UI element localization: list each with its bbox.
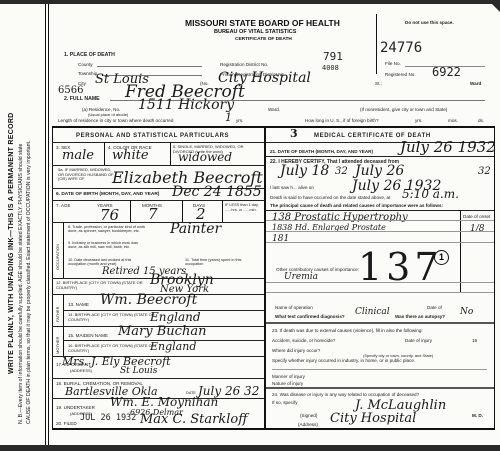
undertaker-label: 19. UNDERTAKER bbox=[56, 405, 95, 410]
certificate-title: CERTIFICATE OF DEATH bbox=[235, 37, 292, 42]
cause-line bbox=[266, 242, 494, 243]
full-name-label: 2. FULL NAME bbox=[64, 96, 100, 102]
attended-to-value: July 26 bbox=[355, 163, 404, 179]
diagnosis-value: Clinical bbox=[355, 307, 390, 317]
mother-birthplace-value: England bbox=[150, 340, 196, 353]
onset-label: Date of onset bbox=[463, 214, 490, 219]
residence-ward-label: Ward. bbox=[268, 107, 280, 112]
row-line bbox=[52, 378, 264, 379]
occupation-related-label: 24. Was disease or injury in any way rel… bbox=[272, 392, 419, 397]
file-no-label: File No. bbox=[385, 61, 401, 66]
date-of-death-value: July 26 1932 bbox=[400, 138, 496, 156]
undertaker-value: Wm. E. Moynihan bbox=[110, 395, 218, 409]
filed-date-stamp: JUL 26 1932 bbox=[80, 413, 136, 423]
cell-divider bbox=[170, 142, 171, 165]
mother-birthplace-label: 16. BIRTHPLACE (CITY OR TOWN) (STATE OR … bbox=[68, 344, 158, 353]
personal-section-title: PERSONAL AND STATISTICAL PARTICULARS bbox=[76, 133, 229, 139]
less-than-day-label: IF LESS than 1 day, ......hrs. or ......… bbox=[225, 203, 263, 213]
sidebar-divider bbox=[45, 4, 46, 445]
yrs-label: yrs. bbox=[236, 118, 243, 123]
foreign-mos: mos. bbox=[448, 118, 458, 123]
autopsy-label: Was there an autopsy? bbox=[395, 314, 445, 319]
county-label: County bbox=[78, 62, 93, 67]
foreign-yrs: yrs. bbox=[415, 118, 422, 123]
external-causes-label: 23. If death was due to external causes … bbox=[272, 328, 423, 333]
father-birthplace-label: 14. BIRTHPLACE (CITY OR TOWN) (STATE OR … bbox=[68, 313, 158, 322]
sidebar-divider-2 bbox=[48, 4, 49, 445]
operation-date-label: Date of bbox=[427, 305, 442, 310]
blank-line bbox=[272, 369, 487, 370]
st-label: St.; bbox=[375, 81, 382, 86]
mother-maiden-label: 15. MAIDEN NAME bbox=[68, 333, 108, 338]
section-divider bbox=[266, 387, 494, 389]
instruction-line-2: CAUSE OF DEATH in plain terms, so that i… bbox=[26, 141, 32, 424]
attended-to-year: 32 bbox=[478, 166, 491, 177]
cause-1-value: 138 Prostatic Hypertrophy bbox=[272, 212, 408, 223]
cell-divider bbox=[130, 200, 131, 222]
bureau-title: BUREAU OF VITAL STATISTICS bbox=[214, 29, 296, 35]
cause-line bbox=[266, 292, 494, 293]
medical-section-number: 3 bbox=[290, 127, 298, 140]
months-value: 7 bbox=[148, 205, 158, 223]
attended-from-year: 32 bbox=[335, 166, 348, 177]
mother-tab: MOTHER bbox=[55, 337, 60, 354]
birthplace-label: 12. BIRTHPLACE (CITY OR TOWN) (STATE OR … bbox=[56, 281, 146, 290]
residence-sublabel: (Usual place of abode) bbox=[88, 112, 128, 117]
place-of-death-label: 1. PLACE OF DEATH bbox=[64, 52, 115, 58]
foreign-birth-label: How long in U. S., if of foreign birth? bbox=[305, 118, 379, 123]
dob-label: 6. DATE OF BIRTH (MONTH, DAY, AND YEAR) bbox=[56, 192, 159, 197]
total-time-label: 11. Total time (years) spent in this occ… bbox=[185, 258, 255, 267]
foreign-ds: ds. bbox=[478, 118, 484, 123]
injury-date-label: Date of injury bbox=[405, 338, 432, 343]
trade-label: 8. Trade, profession, or particular kind… bbox=[68, 225, 148, 234]
row-line bbox=[52, 165, 264, 166]
attended-from-value: July 18 bbox=[280, 163, 329, 179]
cause-line bbox=[266, 231, 494, 232]
registration-district-label: Registration District No. bbox=[220, 62, 268, 67]
signed-label: (Signed) bbox=[300, 413, 317, 418]
industry-label: 9. Industry or business in which work wa… bbox=[68, 241, 148, 250]
occupation-tab: OCCUPATION bbox=[55, 244, 60, 270]
principal-cause-label: The principal cause of death and related… bbox=[270, 203, 443, 208]
sex-value: male bbox=[62, 148, 94, 163]
autopsy-value: No bbox=[460, 307, 473, 317]
other-causes-value: Uremia bbox=[284, 272, 318, 282]
physician-address-value: City Hospital bbox=[330, 411, 416, 426]
race-value: white bbox=[112, 148, 149, 163]
row-line bbox=[52, 142, 264, 143]
md-label: M. D. bbox=[472, 413, 483, 418]
if-so-label: If so, specify bbox=[272, 400, 298, 405]
last-saw-label: I last saw h... alive on bbox=[270, 185, 314, 190]
right-frame bbox=[494, 128, 495, 428]
registration-district-value: 791 bbox=[323, 50, 343, 63]
spouse-label: 5a. IF MARRIED, WIDOWED, OR DIVORCED HUS… bbox=[58, 168, 116, 182]
row-line bbox=[52, 222, 264, 223]
injury-place-label: Specify whether injury occurred in indus… bbox=[272, 358, 415, 363]
office-use-note: Do not use this space. bbox=[405, 20, 454, 25]
length-residence-value: 1 bbox=[225, 111, 232, 124]
row-line bbox=[52, 200, 264, 201]
manner-injury-label: Manner of injury bbox=[272, 374, 305, 379]
father-birthplace-value: England bbox=[150, 310, 201, 324]
occupation-tab-divider bbox=[63, 222, 64, 278]
cause-line bbox=[266, 220, 494, 221]
cause-line bbox=[266, 282, 494, 283]
onset-value: 1/8 bbox=[470, 224, 484, 234]
cell-divider bbox=[104, 142, 105, 165]
date-of-death-label: 21. DATE OF DEATH (MONTH, DAY, AND YEAR) bbox=[270, 149, 373, 154]
row-line bbox=[266, 156, 494, 157]
registered-no-label: Registered No. bbox=[385, 72, 416, 77]
informant-address-value: St Louis bbox=[120, 366, 157, 376]
primary-district-value: 4008 bbox=[322, 64, 339, 72]
instruction-sidebar: WRITE PLAINLY, WITH UNFADING INK—THIS IS… bbox=[0, 4, 46, 445]
residence-value: 1511 Hickory bbox=[138, 97, 234, 113]
onset-column-divider bbox=[460, 210, 461, 292]
diagnosis-label: What test confirmed diagnosis? bbox=[275, 314, 345, 319]
bottom-frame bbox=[52, 428, 495, 430]
trade-value: Painter bbox=[170, 221, 221, 237]
permanent-record-notice: WRITE PLAINLY, WITH UNFADING INK—THIS IS… bbox=[8, 112, 15, 374]
mother-maiden-value: Mary Buchan bbox=[118, 324, 206, 339]
nature-injury-label: Nature of injury bbox=[272, 381, 303, 386]
county-line bbox=[97, 66, 202, 67]
operation-label: Name of operation bbox=[275, 305, 313, 310]
section-divider bbox=[52, 126, 495, 128]
street-number-prefix: 6566 bbox=[58, 85, 83, 96]
physician-address-label: (Address) bbox=[298, 422, 318, 427]
injury-year-prefix: 19 bbox=[472, 338, 477, 343]
office-use-divider bbox=[376, 14, 377, 74]
ward-label: Ward bbox=[470, 81, 481, 86]
column-divider bbox=[264, 128, 266, 428]
father-tab: FATHER bbox=[55, 307, 60, 322]
father-name-value: Wm. Beecroft bbox=[100, 292, 197, 308]
cell-divider bbox=[222, 200, 223, 222]
section-divider bbox=[266, 322, 494, 324]
father-name-label: 13. NAME bbox=[68, 302, 89, 307]
registrar-signature: Max C. Starkloff bbox=[140, 412, 247, 427]
informant-address-label: (ADDRESS) bbox=[70, 368, 92, 373]
death-time-value: 5:10 a.m. bbox=[402, 187, 459, 201]
parent-tab-divider bbox=[63, 294, 64, 356]
death-time-label: Death is said to have occurred on the da… bbox=[270, 195, 390, 200]
instruction-line-1: N. B.—Every item of information should b… bbox=[18, 144, 24, 424]
cell-divider bbox=[182, 200, 183, 222]
injury-where-label: Where did injury occur? bbox=[272, 348, 320, 353]
filed-label: 20. FILED bbox=[56, 421, 77, 426]
document-title: MISSOURI STATE BOARD OF HEALTH bbox=[185, 18, 340, 28]
registered-no-value: 6922 bbox=[432, 65, 461, 79]
length-residence-label: Length of residence in city or town wher… bbox=[58, 118, 173, 123]
folded-corner bbox=[488, 0, 500, 12]
accident-label: Accident, suicide, or homicide? bbox=[272, 338, 335, 343]
certificate-number-stamp: 24776 bbox=[380, 40, 422, 56]
age-label: 7. AGE bbox=[56, 203, 71, 208]
dob-value: Dec 24 1855 bbox=[172, 184, 262, 200]
nonresident-note: (If nonresident, give city or town and S… bbox=[360, 107, 447, 112]
marital-value: widowed bbox=[178, 150, 232, 164]
circled-code: 1 bbox=[434, 250, 449, 265]
